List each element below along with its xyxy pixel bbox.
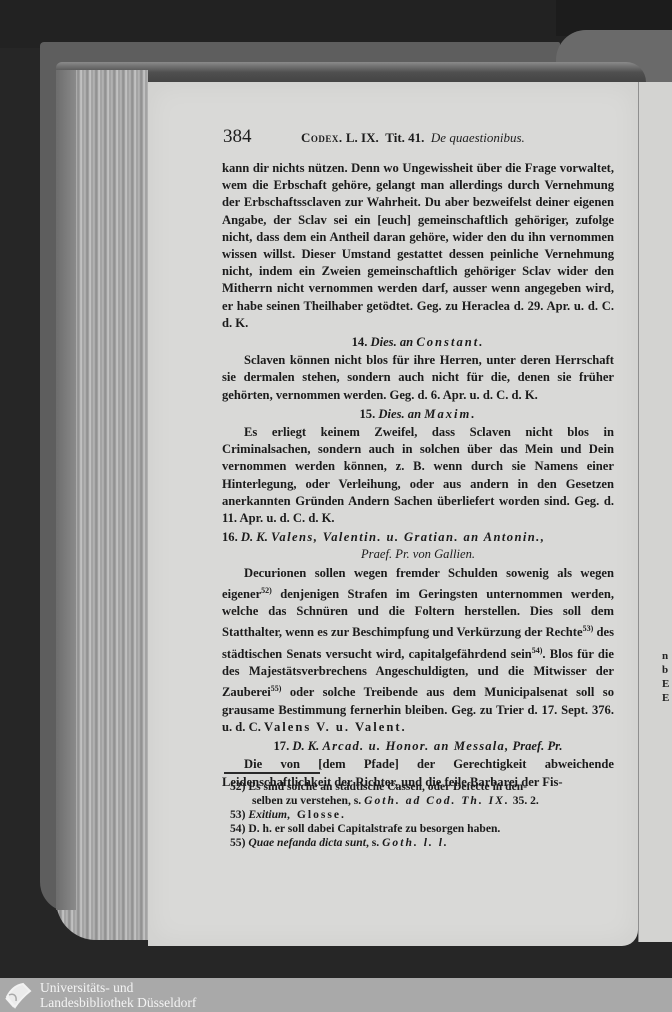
library-name-line1: Universitäts- und — [40, 980, 196, 995]
section-heading-16: 16. D. K. Valens, Valentin. u. Gratian. … — [222, 529, 614, 563]
paragraph-15: Es erliegt keinem Zweifel, dass Sclaven … — [222, 424, 614, 527]
text-run-consuls: Valens V. u. Valent. — [264, 720, 407, 734]
footnote-rule — [224, 772, 320, 774]
title-number: Tit. 41. — [385, 130, 424, 145]
paragraph-intro: kann dir nichts nützen. Denn wo Ungewiss… — [222, 160, 614, 332]
footnote-text: D. h. er soll dabei Capitalstrafe zu bes… — [248, 822, 500, 835]
title-name: De quaestionibus. — [431, 130, 525, 145]
footnote-mark: 55) — [230, 836, 245, 849]
facing-fragment: E — [662, 678, 669, 691]
paragraph-16: Decurionen sollen wegen fremder Schulden… — [222, 565, 614, 737]
library-name: Universitäts- und Landesbibliothek Düsse… — [40, 980, 196, 1010]
facing-fragment: E — [662, 692, 669, 705]
footnote-ref-54[interactable]: 54) — [532, 646, 543, 655]
footnotes: 52) Es sind solche an städtische Cassen,… — [230, 780, 614, 850]
page-number: 384 — [223, 126, 252, 148]
text-run: denjenigen Strafen im Geringsten unterno… — [222, 587, 614, 640]
footnote-54: 54) D. h. er soll dabei Capitalstrafe zu… — [230, 822, 614, 836]
footnote-55: 55) Quae nefanda dicta sunt, s. Goth. l.… — [230, 836, 614, 850]
section-number: 16. — [222, 530, 238, 544]
running-head: 384 Codex. L. IX. Tit. 41. De quaestioni… — [223, 126, 615, 148]
footnote-text: , s. — [366, 836, 379, 849]
book-label: L. IX. — [346, 130, 379, 145]
section-heading-name: Arcad. u. Honor. an Messala, — [322, 739, 509, 753]
section-heading-14: 14. Dies. an Constant. — [222, 334, 614, 351]
footnote-53: 53) Exitium, Glosse. — [230, 808, 614, 822]
section-heading-name: Constant. — [416, 335, 484, 349]
library-banner: Universitäts- und Landesbibliothek Düsse… — [0, 978, 672, 1012]
library-book-logo-icon — [3, 981, 33, 1009]
section-heading-text: Dies. an — [371, 335, 414, 349]
footnote-52: 52) Es sind solche an städtische Cassen,… — [230, 780, 614, 808]
footnote-text: 35. 2. — [513, 794, 539, 807]
facing-fragment: b — [662, 664, 668, 677]
section-heading-name: Maxim. — [424, 407, 476, 421]
footnote-citation: Goth. ad Cod. Th. IX. — [364, 794, 510, 807]
running-title: Codex. L. IX. Tit. 41. De quaestionibus. — [301, 130, 525, 146]
section-heading-text: D. K. — [241, 530, 268, 544]
footnote-text: Es sind solche an städtische Cassen, ode… — [248, 780, 527, 793]
section-heading-sub: Praef. Pr. von Gallien. — [222, 546, 614, 563]
facing-fragment: n — [662, 650, 668, 663]
section-number: 15. — [360, 407, 376, 421]
section-heading-text: Dies. an — [378, 407, 421, 421]
codex-label: Codex. — [301, 130, 343, 145]
footnote-mark: 53) — [230, 808, 245, 821]
section-heading-name: Valens, Valentin. u. Gratian. an Antonin… — [271, 530, 545, 544]
footnote-ref-55[interactable]: 55) — [271, 684, 282, 693]
page-stack-shadow — [56, 70, 76, 910]
footnote-mark: 52) — [230, 780, 245, 793]
footnote-citation: Exitium — [248, 808, 287, 821]
section-heading-tail: Praef. Pr. — [513, 739, 563, 753]
section-heading-text: D. K. — [292, 739, 319, 753]
footnote-ref-52[interactable]: 52) — [261, 586, 272, 595]
footnote-citation: Goth. l. l. — [382, 836, 449, 849]
section-heading-15: 15. Dies. an Maxim. — [222, 406, 614, 423]
facing-page — [638, 82, 672, 942]
footnote-mark: 54) — [230, 822, 245, 835]
library-name-line2: Landesbibliothek Düsseldorf — [40, 995, 196, 1010]
footnote-ref-53[interactable]: 53) — [583, 624, 594, 633]
footnote-text: selben zu verstehen, s. — [252, 794, 361, 807]
section-number: 14. — [352, 335, 368, 349]
footnote-citation: Quae nefanda dicta sunt — [248, 836, 366, 849]
section-number: 17. — [273, 739, 289, 753]
paragraph-14: Sclaven können nicht blos für ihre Herre… — [222, 352, 614, 404]
footnote-text: , Glosse. — [287, 808, 346, 821]
footnote-continuation: selben zu verstehen, s. Goth. ad Cod. Th… — [230, 794, 614, 808]
page-body: kann dir nichts nützen. Denn wo Ungewiss… — [222, 160, 614, 791]
section-heading-17: 17. D. K. Arcad. u. Honor. an Messala, P… — [222, 738, 614, 755]
